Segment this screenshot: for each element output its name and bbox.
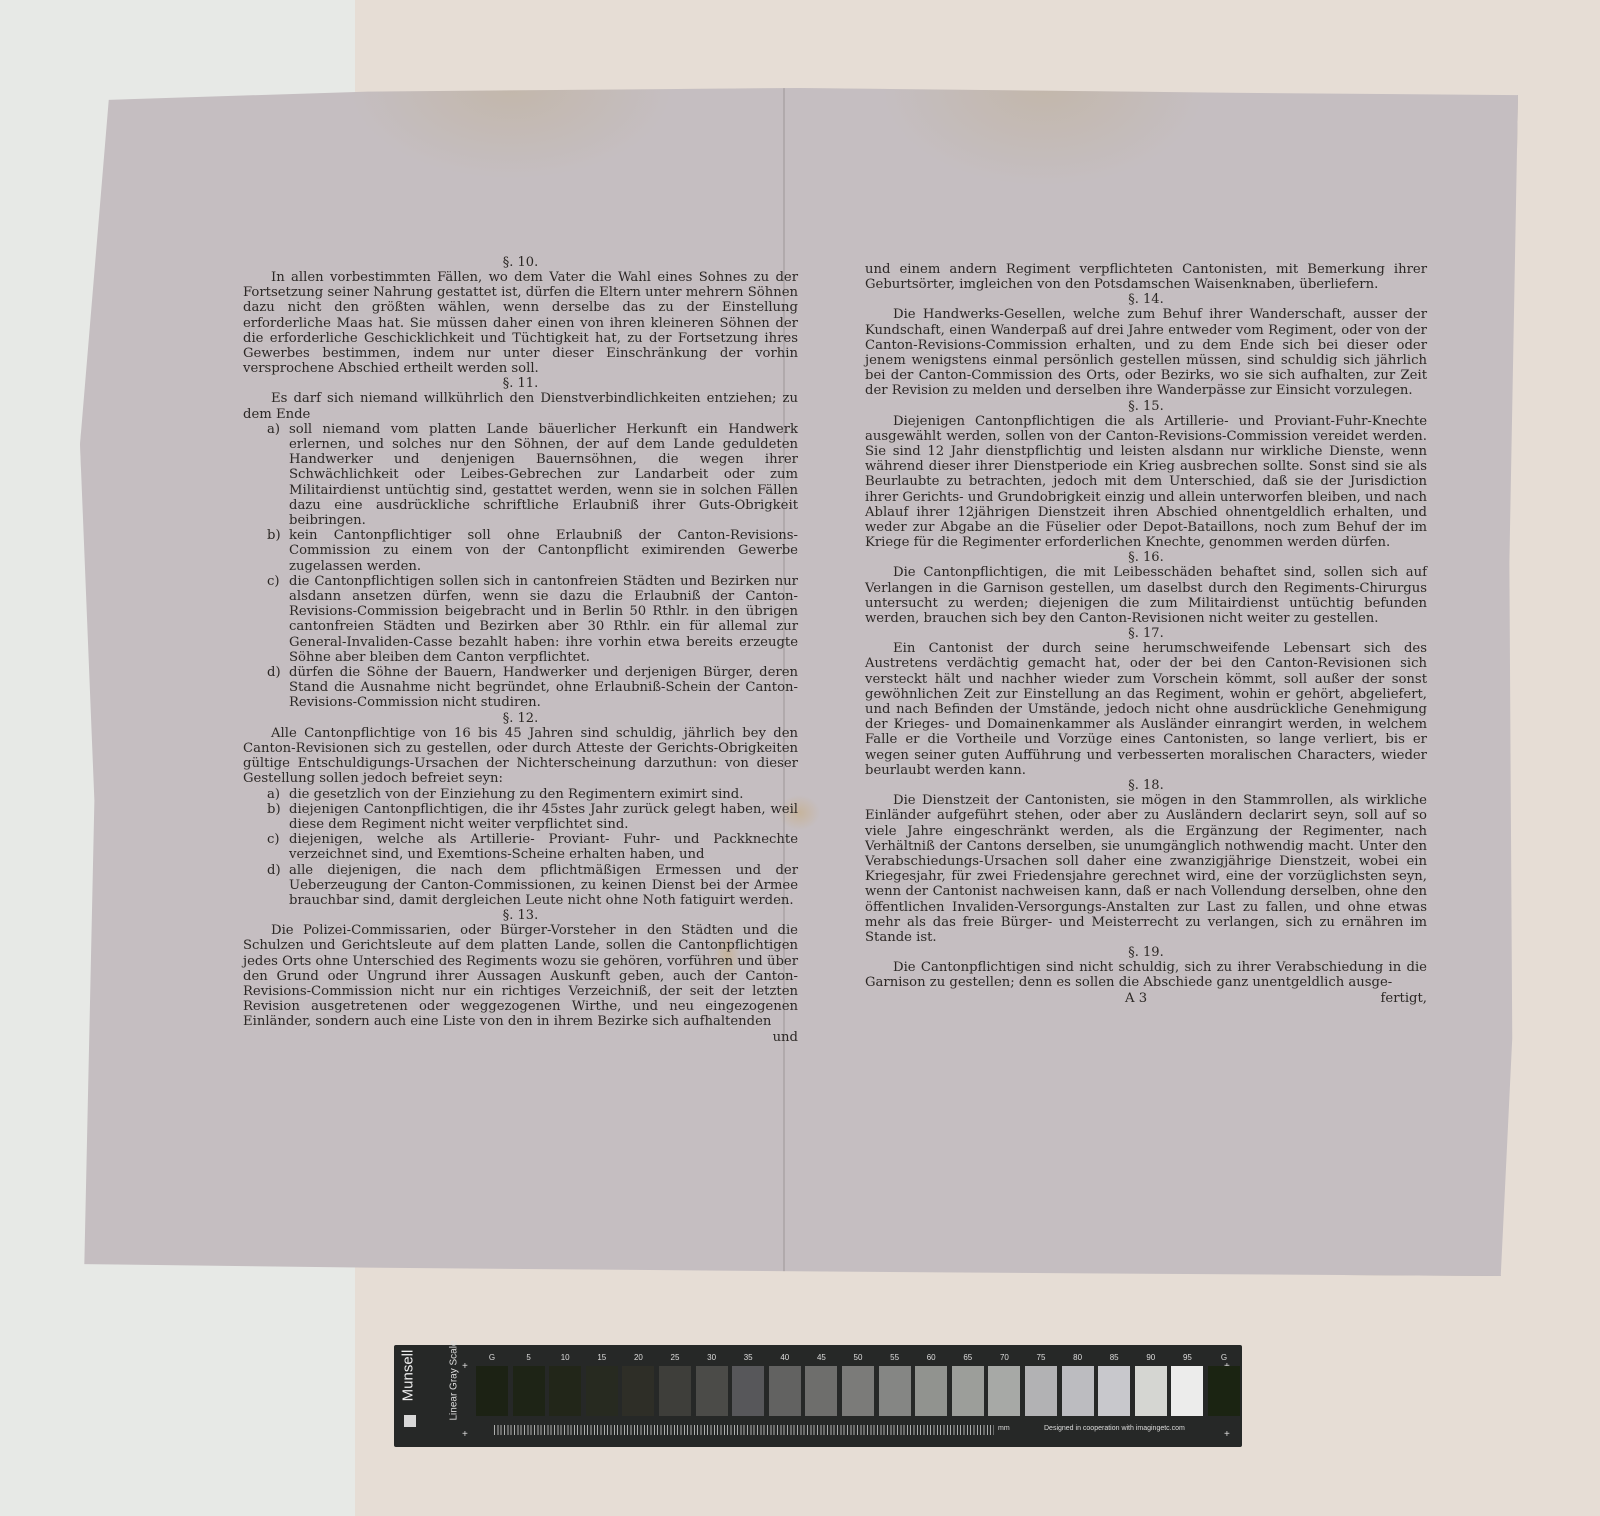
registration-mark-icon: + [1224, 1429, 1230, 1440]
patch-label: 40 [769, 1353, 801, 1362]
patch-label: 20 [622, 1353, 654, 1362]
ruler-unit: mm [998, 1425, 1010, 1432]
paragraph: Die Polizei-Commissarien, oder Bürger-Vo… [243, 923, 798, 1029]
gray-patch [1025, 1366, 1057, 1416]
gray-patch [1171, 1366, 1203, 1416]
list-item: a)die gesetzlich von der Einziehung zu d… [267, 787, 798, 802]
patch-label: 45 [805, 1353, 837, 1362]
item-label: b) [267, 528, 289, 543]
patch-label: 15 [586, 1353, 618, 1362]
left-page: §. 10.In allen vorbestimmten Fällen, wo … [243, 255, 798, 1045]
patch-label: 70 [988, 1353, 1020, 1362]
patch-label: 25 [659, 1353, 691, 1362]
catchword: fertigt, [1381, 991, 1427, 1006]
patch-label: 85 [1098, 1353, 1130, 1362]
gray-patch [696, 1366, 728, 1416]
gray-patch [1208, 1366, 1240, 1416]
gray-patch [622, 1366, 654, 1416]
document-sheet: §. 10.In allen vorbestimmten Fällen, wo … [80, 88, 1518, 1276]
gray-patch [915, 1366, 947, 1416]
catchword: und [773, 1030, 798, 1045]
item-label: d) [267, 665, 289, 680]
item-text: die Cantonpflichtigen sollen sich in can… [289, 574, 798, 665]
list-item: d)alle diejenigen, die nach dem pflichtm… [267, 863, 798, 909]
paragraph: Die Dienstzeit der Cantonisten, sie möge… [865, 793, 1427, 945]
patch-label: G [476, 1353, 508, 1362]
list-item: c)die Cantonpflichtigen sollen sich in c… [267, 574, 798, 665]
gray-patch [879, 1366, 911, 1416]
gray-patch [769, 1366, 801, 1416]
item-label: d) [267, 863, 289, 878]
paragraph: Es darf sich niemand willkührlich den Di… [243, 391, 798, 421]
item-label: c) [267, 574, 289, 589]
section-heading: §. 12. [243, 711, 798, 726]
signature-mark: A 3 [1125, 991, 1147, 1006]
list-item: a)soll niemand vom platten Lande bäuerli… [267, 422, 798, 528]
gray-patch [952, 1366, 984, 1416]
page-footer: und [243, 1030, 798, 1045]
item-label: b) [267, 802, 289, 817]
gray-scale-card: Munsell Linear Gray Scale + + + + G51015… [394, 1345, 1242, 1447]
section-heading: §. 14. [865, 292, 1427, 307]
patch-label: 90 [1135, 1353, 1167, 1362]
paragraph: Die Cantonpflichtigen sind nicht schuldi… [865, 960, 1427, 990]
gray-patch [586, 1366, 618, 1416]
page-footer: A 3fertigt, [865, 991, 1427, 1006]
gray-patch [842, 1366, 874, 1416]
list-item: b)diejenigen Cantonpflichtigen, die ihr … [267, 802, 798, 832]
paragraph: Ein Cantonist der durch seine herumschwe… [865, 641, 1427, 778]
gray-patch [805, 1366, 837, 1416]
item-label: c) [267, 832, 289, 847]
patch-label: 35 [732, 1353, 764, 1362]
patch-label: 30 [696, 1353, 728, 1362]
item-text: diejenigen, welche als Artillerie- Provi… [289, 832, 798, 862]
item-text: alle diejenigen, die nach dem pflichtmäß… [289, 863, 798, 908]
paragraph: Die Cantonpflichtigen, die mit Leibessch… [865, 565, 1427, 626]
gray-patch [732, 1366, 764, 1416]
patch-label: 95 [1171, 1353, 1203, 1362]
patch-label: 65 [952, 1353, 984, 1362]
section-heading: §. 19. [865, 945, 1427, 960]
section-heading: §. 10. [243, 255, 798, 270]
list-item: b)kein Cantonpflichtiger soll ohne Erlau… [267, 528, 798, 574]
item-text: dürfen die Söhne der Bauern, Handwerker … [289, 665, 798, 710]
mm-ruler [494, 1425, 994, 1435]
item-label: a) [267, 422, 289, 437]
card-title: Linear Gray Scale [449, 1340, 460, 1420]
gray-patch [988, 1366, 1020, 1416]
patch-label: 50 [842, 1353, 874, 1362]
patch-label: G [1208, 1353, 1240, 1362]
gray-patch [1098, 1366, 1130, 1416]
item-text: kein Cantonpflichtiger soll ohne Erlaubn… [289, 528, 798, 573]
paragraph: und einem andern Regiment verpflichteten… [865, 262, 1427, 292]
paragraph: Alle Cantonpflichtige von 16 bis 45 Jahr… [243, 726, 798, 787]
paragraph: Die Handwerks-Gesellen, welche zum Behuf… [865, 307, 1427, 398]
card-credit: Designed in cooperation with imagingetc.… [1044, 1425, 1185, 1432]
item-text: die gesetzlich von der Einziehung zu den… [289, 787, 743, 802]
munsell-logo-icon [404, 1415, 416, 1427]
item-text: diejenigen Cantonpflichtigen, die ihr 45… [289, 802, 798, 832]
patch-label: 75 [1025, 1353, 1057, 1362]
section-heading: §. 18. [865, 778, 1427, 793]
list-item: c)diejenigen, welche als Artillerie- Pro… [267, 832, 798, 862]
patch-label: 55 [879, 1353, 911, 1362]
patch-label: 60 [915, 1353, 947, 1362]
gray-patch [549, 1366, 581, 1416]
paragraph: Diejenigen Cantonpflichtigen die als Art… [865, 414, 1427, 551]
gray-patch [513, 1366, 545, 1416]
paragraph: In allen vorbestimmten Fällen, wo dem Va… [243, 270, 798, 376]
patch-label: 80 [1062, 1353, 1094, 1362]
list-item: d)dürfen die Söhne der Bauern, Handwerke… [267, 665, 798, 711]
section-heading: §. 16. [865, 550, 1427, 565]
item-text: soll niemand vom platten Lande bäuerlich… [289, 422, 798, 528]
item-label: a) [267, 787, 289, 802]
patch-label: 5 [513, 1353, 545, 1362]
section-heading: §. 15. [865, 399, 1427, 414]
gray-patch [1135, 1366, 1167, 1416]
section-heading: §. 11. [243, 376, 798, 391]
right-page: und einem andern Regiment verpflichteten… [865, 262, 1427, 1006]
patch-label: 10 [549, 1353, 581, 1362]
brand-name: Munsell [399, 1350, 416, 1402]
section-heading: §. 17. [865, 626, 1427, 641]
registration-mark-icon: + [462, 1429, 468, 1440]
gray-patch [1062, 1366, 1094, 1416]
gray-patch [476, 1366, 508, 1416]
registration-mark-icon: + [462, 1361, 468, 1372]
gray-patches: G5101520253035404550556065707580859095G [476, 1353, 1236, 1419]
gray-patch [659, 1366, 691, 1416]
section-heading: §. 13. [243, 908, 798, 923]
